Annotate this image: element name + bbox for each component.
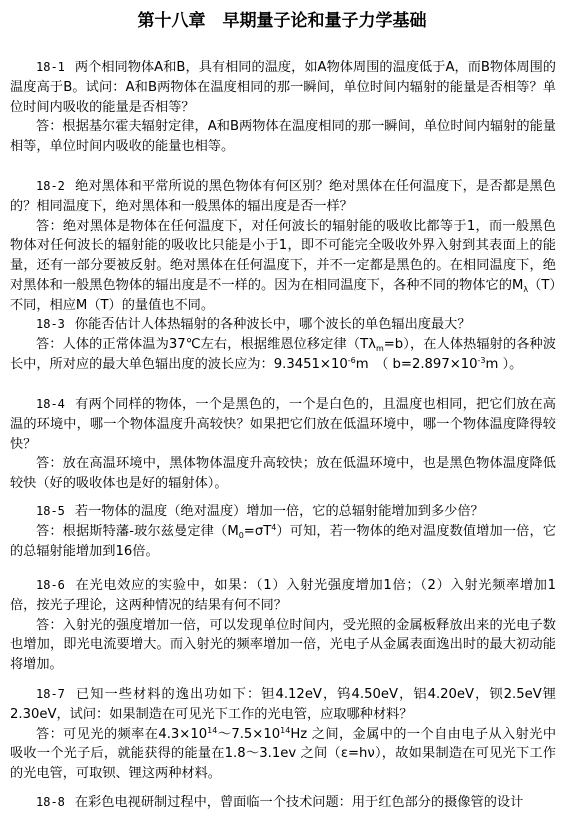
question-body: 绝对黑体和平常所说的黑色物体有何区别？绝对黑体在任何温度下，是否都是黑色的？相同… [10, 179, 556, 214]
answer-part: ～7.5×10 [217, 727, 280, 742]
question-body: 你能否估计人体热辐射的各种波长中，哪个波长的单色辐出度最大？ [75, 317, 471, 332]
question-number: 18-1 [36, 60, 65, 74]
document-page: 第十八章 早期量子论和量子力学基础 18-1两个相同物体A和B，具有相同的温度，… [0, 0, 564, 818]
question-text: 18-5若一物体的温度（绝对温度）增加一倍，它的总辐射能增加到多少倍？ [10, 502, 556, 522]
subscript: m [376, 344, 384, 353]
question-18-7: 18-7已知一些材料的逸出功如下：钽4.12eV，钨4.50eV，铝4.20eV… [10, 685, 556, 784]
answer-part: 答：绝对黑体是物体在任何温度下，对任何波长的辐射能的吸收比都等于1，而一般黑色物… [10, 219, 556, 293]
question-text: 18-3你能否估计人体热辐射的各种波长中，哪个波长的单色辐出度最大？ [10, 315, 556, 335]
question-number: 18-2 [36, 179, 65, 193]
answer-part: m （ b=2.897×10 [356, 357, 478, 372]
question-number: 18-7 [36, 687, 65, 701]
question-body: 在彩色电视研制过程中，曾面临一个技术问题：用于红色部分的摄像管的设计 [75, 795, 523, 810]
answer-text: 答：可见光的频率在4.3×1014～7.5×1014Hz 之间，金属中的一个自由… [10, 725, 556, 784]
question-text: 18-8在彩色电视研制过程中，曾面临一个技术问题：用于红色部分的摄像管的设计 [10, 793, 556, 813]
question-body: 已知一些材料的逸出功如下：钽4.12eV，钨4.50eV，铝4.20eV，钡2.… [10, 687, 556, 722]
answer-text: 答：放在高温环境中，黑体物体温度升高较快；放在低温环境中，也是黑色物体温度降低较… [10, 454, 556, 494]
superscript: -3 [478, 356, 486, 365]
answer-part: 答：根据斯特藩-玻尔兹曼定律（M [36, 524, 239, 539]
answer-part: m ）。 [486, 357, 523, 372]
question-18-1: 18-1两个相同物体A和B，具有相同的温度，如A物体周围的温度低于A，而B物体周… [10, 58, 556, 157]
answer-part: 答：人体的正常体温为37℃左右，根据维恩位移定律（Tλ [36, 337, 376, 352]
question-body: 两个相同物体A和B，具有相同的温度，如A物体周围的温度低于A，而B物体周围的温度… [10, 60, 556, 115]
answer-part: =σT [244, 524, 271, 539]
answer-text: 答：人体的正常体温为37℃左右，根据维恩位移定律（Tλm=b），在人体热辐射的各… [10, 335, 556, 375]
question-number: 18-6 [36, 578, 65, 592]
question-body: 在光电效应的实验中，如果：（1）入射光强度增加1倍；（2）入射光频率增加1倍，按… [10, 578, 556, 613]
superscript: 14 [207, 726, 217, 735]
answer-text: 答：入射光的强度增加一倍，可以发现单位时间内，受光照的金属板释放出来的光电子数也… [10, 616, 556, 675]
answer-text: 答：绝对黑体是物体在任何温度下，对任何波长的辐射能的吸收比都等于1，而一般黑色物… [10, 217, 556, 316]
question-text: 18-4有两个同样的物体，一个是黑色的，一个是白色的，且温度也相同，把它们放在高… [10, 395, 556, 454]
question-number: 18-5 [36, 504, 65, 518]
question-text: 18-2绝对黑体和平常所说的黑色物体有何区别？绝对黑体在任何温度下，是否都是黑色… [10, 177, 556, 217]
superscript: 14 [280, 726, 290, 735]
question-body: 有两个同样的物体，一个是黑色的，一个是白色的，且温度也相同，把它们放在高温的环境… [10, 397, 556, 452]
superscript: -6 [348, 356, 356, 365]
question-18-2: 18-2绝对黑体和平常所说的黑色物体有何区别？绝对黑体在任何温度下，是否都是黑色… [10, 177, 556, 316]
question-18-5: 18-5若一物体的温度（绝对温度）增加一倍，它的总辐射能增加到多少倍？ 答：根据… [10, 502, 556, 561]
question-body: 若一物体的温度（绝对温度）增加一倍，它的总辐射能增加到多少倍？ [75, 504, 484, 519]
question-number: 18-8 [36, 795, 65, 809]
question-number: 18-3 [36, 317, 65, 331]
question-text: 18-1两个相同物体A和B，具有相同的温度，如A物体周围的温度低于A，而B物体周… [10, 58, 556, 117]
question-18-4: 18-4有两个同样的物体，一个是黑色的，一个是白色的，且温度也相同，把它们放在高… [10, 395, 556, 494]
question-18-6: 18-6在光电效应的实验中，如果：（1）入射光强度增加1倍；（2）入射光频率增加… [10, 576, 556, 675]
question-number: 18-4 [36, 397, 65, 411]
answer-text: 答：根据基尔霍夫辐射定律，A和B两物体在温度相同的那一瞬间，单位时间内辐射的能量… [10, 117, 556, 157]
chapter-title: 第十八章 早期量子论和量子力学基础 [0, 6, 564, 31]
answer-part: 答：可见光的频率在4.3×10 [36, 727, 207, 742]
question-text: 18-6在光电效应的实验中，如果：（1）入射光强度增加1倍；（2）入射光频率增加… [10, 576, 556, 616]
answer-text: 答：根据斯特藩-玻尔兹曼定律（M0=σT4）可知，若一物体的绝对温度数值增加一倍… [10, 522, 556, 562]
question-18-8: 18-8在彩色电视研制过程中，曾面临一个技术问题：用于红色部分的摄像管的设计 [10, 793, 556, 813]
question-18-3: 18-3你能否估计人体热辐射的各种波长中，哪个波长的单色辐出度最大？ 答：人体的… [10, 315, 556, 374]
question-text: 18-7已知一些材料的逸出功如下：钽4.12eV，钨4.50eV，铝4.20eV… [10, 685, 556, 725]
